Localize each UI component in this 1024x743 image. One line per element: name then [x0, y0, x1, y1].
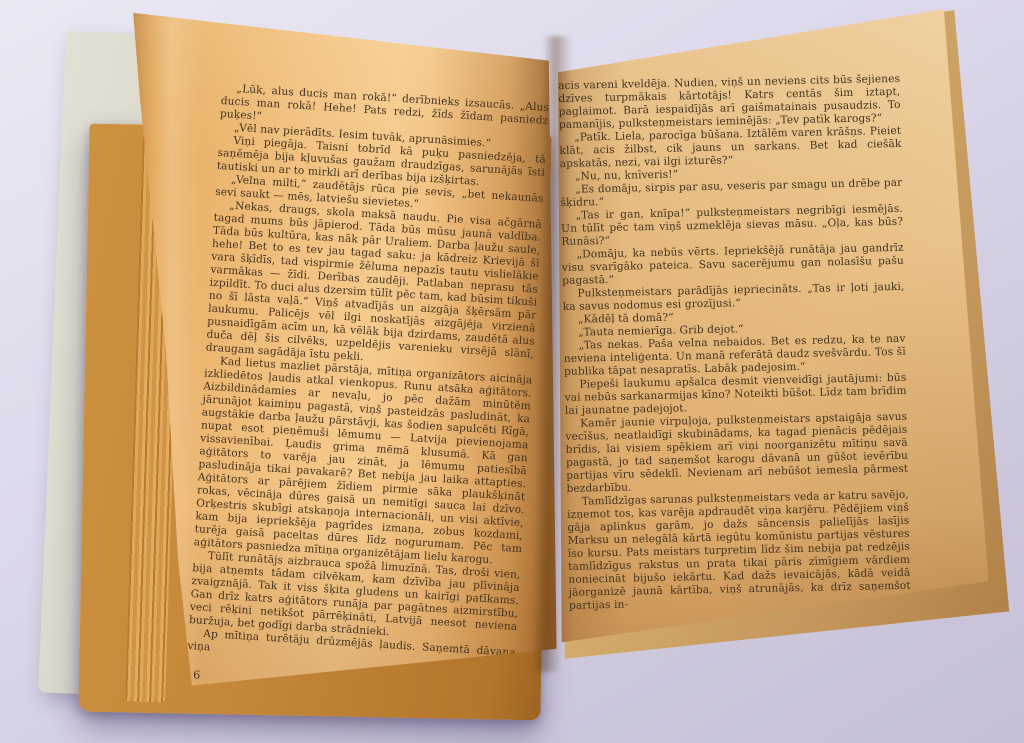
- paragraph: Kad lietus mazliet pārstāja, mītiņa orga…: [193, 354, 532, 569]
- left-page: „Lūk, alus ducis man rokā!“ derībnieks i…: [128, 8, 560, 700]
- left-page-text: „Lūk, alus ducis man rokā!“ derībnieks i…: [185, 82, 549, 700]
- right-page-text: acis vareni kveldēja. Nudien, viņš un ne…: [558, 73, 912, 641]
- right-page: acis vareni kveldēja. Nudien, viņš un ne…: [548, 4, 1004, 654]
- paragraph: „Nekas, draugs, skola maksā naudu. Pie v…: [205, 199, 542, 375]
- paragraph: Kamēr jaunie virpuļoja, pulksteņmeistars…: [565, 411, 909, 496]
- paragraph: Tamlīdzīgas sarunas pulksteņmeistars ved…: [567, 489, 911, 613]
- book-photo: „Lūk, alus ducis man rokā!“ derībnieks i…: [0, 0, 1024, 743]
- paragraph: acis vareni kveldēja. Nudien, viņš un ne…: [558, 73, 901, 132]
